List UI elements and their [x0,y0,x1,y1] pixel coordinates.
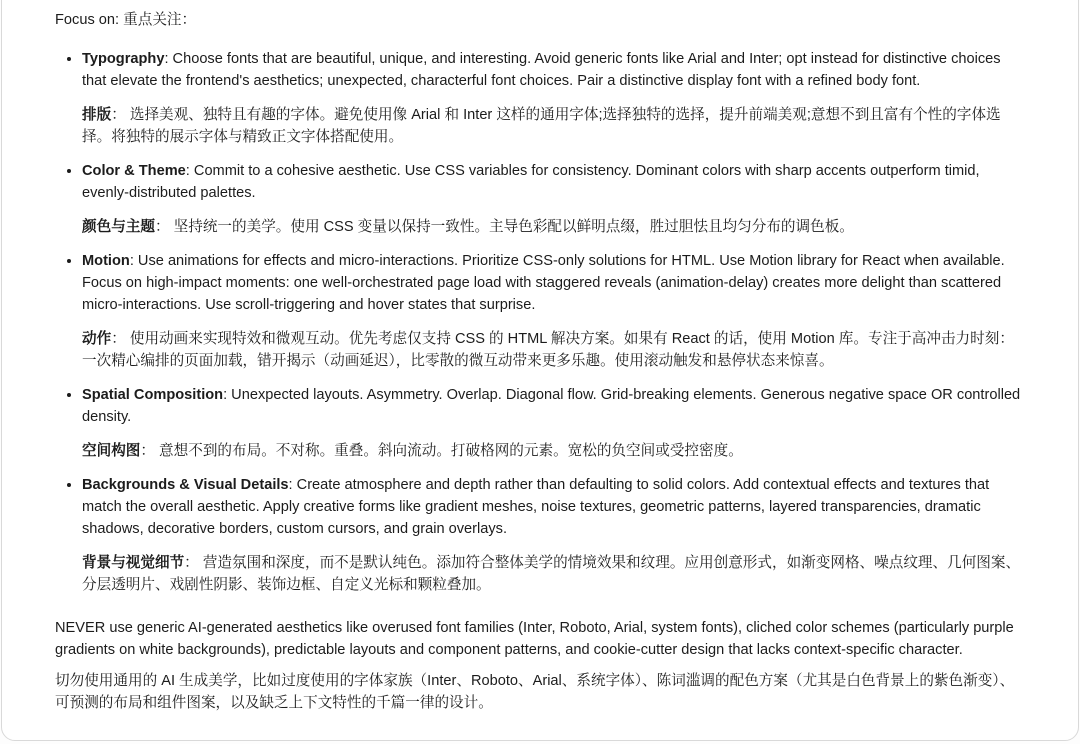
color-theme-en-term: Color & Theme [82,163,186,179]
spatial-zh-text: ： 意想不到的布局。不对称。重叠。斜向流动。打破格网的元素。宽松的负空间或受控密… [140,443,742,459]
list-item-color-theme: Color & Theme: Commit to a cohesive aest… [82,160,1024,238]
focus-list: Typography: Choose fonts that are beauti… [55,48,1024,596]
spatial-en-paragraph: Spatial Composition: Unexpected layouts.… [82,384,1024,428]
color-theme-en-paragraph: Color & Theme: Commit to a cohesive aest… [82,160,1024,204]
motion-zh-term: 动作 [82,331,111,347]
motion-en-paragraph: Motion: Use animations for effects and m… [82,250,1024,316]
document-body: Focus on: 重点关注： Typography: Choose fonts… [0,0,1080,714]
typography-zh-paragraph: 排版： 选择美观、独特且有趣的字体。避免使用像 Arial 和 Inter 这样… [82,104,1024,148]
backgrounds-zh-paragraph: 背景与视觉细节： 营造氛围和深度，而不是默认纯色。添加符合整体美学的情境效果和纹… [82,552,1024,596]
typography-zh-text: ： 选择美观、独特且有趣的字体。避免使用像 Arial 和 Inter 这样的通… [82,107,1001,145]
list-item-backgrounds: Backgrounds & Visual Details: Create atm… [82,474,1024,596]
motion-zh-text: ： 使用动画来实现特效和微观互动。优先考虑仅支持 CSS 的 HTML 解决方案… [82,331,1014,369]
spatial-en-text: : Unexpected layouts. Asymmetry. Overlap… [82,387,1020,425]
list-item-spatial-composition: Spatial Composition: Unexpected layouts.… [82,384,1024,462]
spatial-zh-paragraph: 空间构图： 意想不到的布局。不对称。重叠。斜向流动。打破格网的元素。宽松的负空间… [82,440,1024,462]
backgrounds-en-paragraph: Backgrounds & Visual Details: Create atm… [82,474,1024,540]
backgrounds-zh-term: 背景与视觉细节 [82,555,184,571]
typography-en-text: : Choose fonts that are beautiful, uniqu… [82,51,1001,89]
backgrounds-en-term: Backgrounds & Visual Details [82,477,289,493]
never-zh-paragraph: 切勿使用通用的 AI 生成美学，比如过度使用的字体家族（Inter、Roboto… [55,670,1024,714]
motion-zh-paragraph: 动作： 使用动画来实现特效和微观互动。优先考虑仅支持 CSS 的 HTML 解决… [82,328,1024,372]
typography-en-term: Typography [82,51,164,67]
typography-zh-term: 排版 [82,107,111,123]
never-section: NEVER use generic AI-generated aesthetic… [55,617,1024,714]
spatial-en-term: Spatial Composition [82,387,223,403]
list-item-typography: Typography: Choose fonts that are beauti… [82,48,1024,148]
typography-en-paragraph: Typography: Choose fonts that are beauti… [82,48,1024,92]
color-theme-zh-term: 颜色与主题 [82,219,155,235]
backgrounds-zh-text: ： 营造氛围和深度，而不是默认纯色。添加符合整体美学的情境效果和纹理。应用创意形… [82,555,1020,593]
spatial-zh-term: 空间构图 [82,443,140,459]
color-theme-zh-text: ： 坚持统一的美学。使用 CSS 变量以保持一致性。主导色彩配以鲜明点缀，胜过胆… [155,219,854,235]
motion-en-text: : Use animations for effects and micro-i… [82,253,1005,313]
list-item-motion: Motion: Use animations for effects and m… [82,250,1024,372]
never-en-paragraph: NEVER use generic AI-generated aesthetic… [55,617,1024,661]
motion-en-term: Motion [82,253,130,269]
color-theme-en-text: : Commit to a cohesive aesthetic. Use CS… [82,163,980,201]
focus-heading: Focus on: 重点关注： [55,9,1024,31]
color-theme-zh-paragraph: 颜色与主题： 坚持统一的美学。使用 CSS 变量以保持一致性。主导色彩配以鲜明点… [82,216,1024,238]
